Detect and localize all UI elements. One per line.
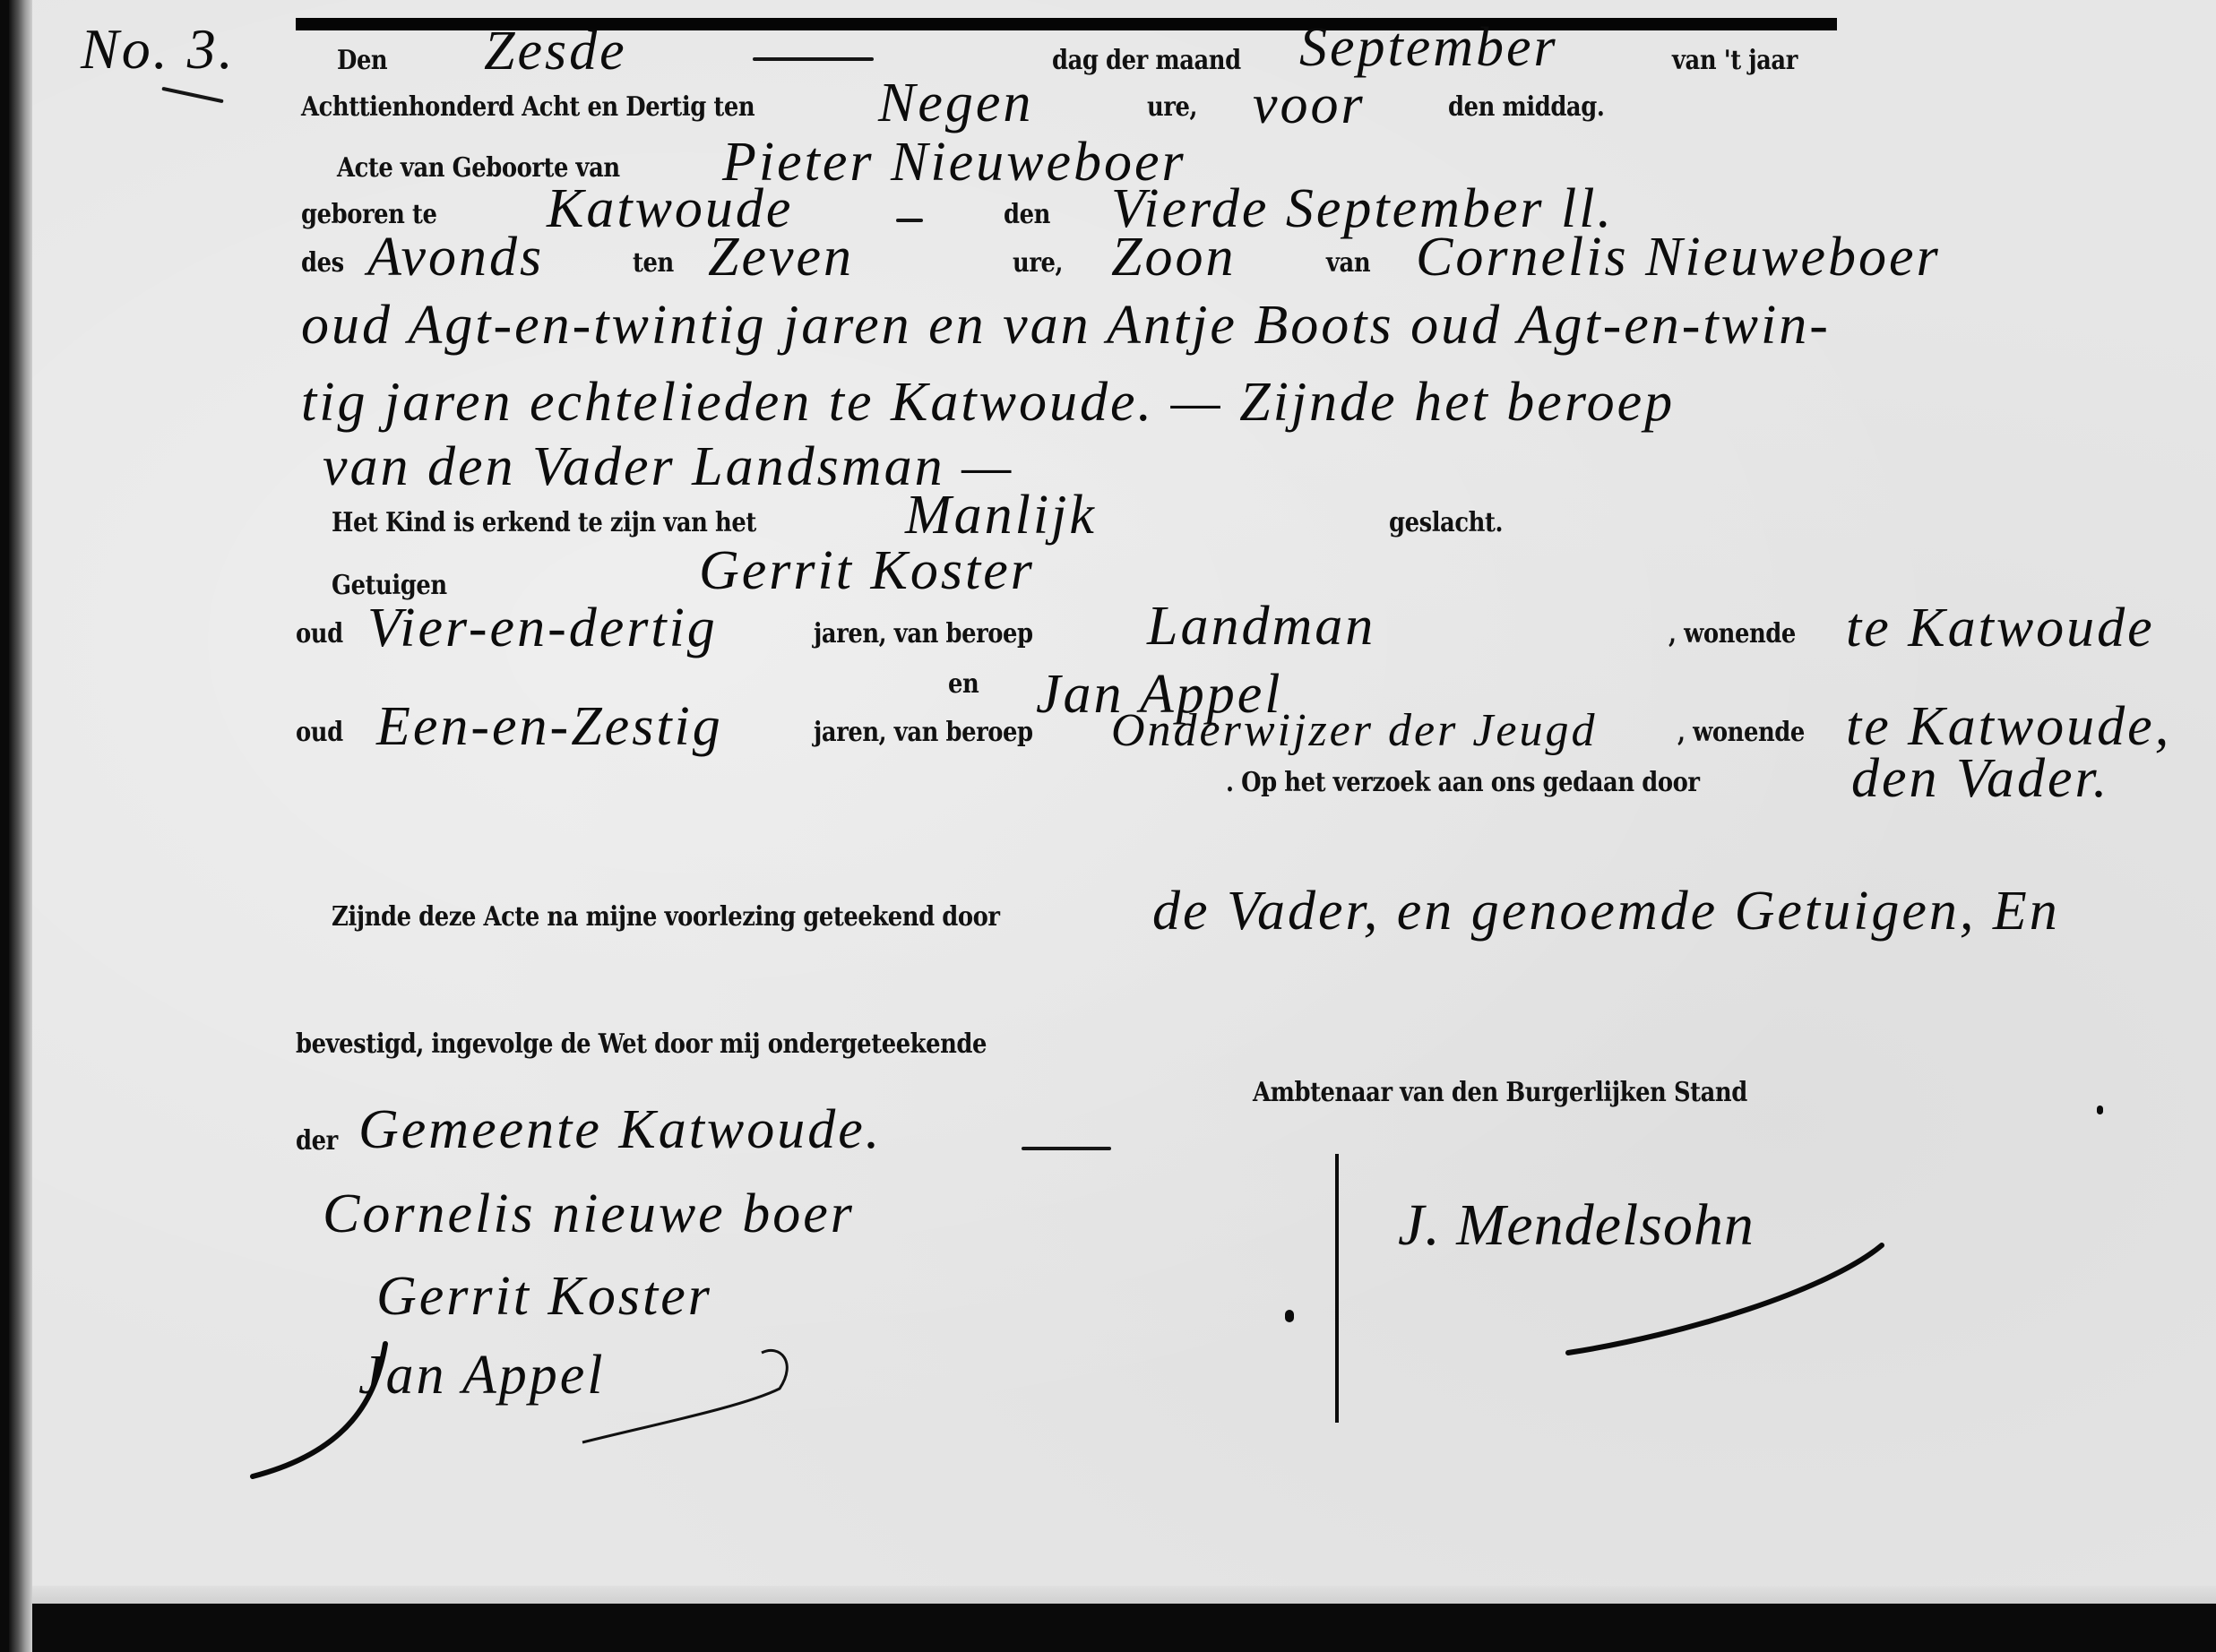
printed-oud-1: oud [296,618,343,650]
ink-dot [1285,1310,1294,1322]
handwritten-municipality: Gemeente Katwoude. [358,1098,882,1162]
signature-flourish-icon [242,1326,851,1505]
handwritten-witness1-age: Vier-en-dertig [367,597,718,660]
record-number: No. 3. [81,16,236,82]
printed-op-het-verzoek: . Op het verzoek aan ons gedaan door [1226,767,1700,798]
handwritten-parents-line-1: oud Agt-en-twintig jaren en van Antje Bo… [301,294,1831,357]
handwritten-witness1-occupation: Landman [1147,595,1375,658]
book-binding-edge [9,0,32,1652]
signature-witness-1: Gerrit Koster [376,1265,712,1329]
handwritten-father: Cornelis Nieuweboer [1416,226,1941,289]
printed-ure: ure, [1147,91,1197,123]
handwritten-sex: Manlijk [905,484,1097,547]
printed-year: Achttienhonderd Acht en Dertig ten [301,91,754,123]
printed-en: en [948,668,979,700]
printed-den-2: den [1004,199,1050,230]
handwritten-month: September [1299,16,1558,80]
page-bottom-edge [32,1586,2216,1604]
printed-jaren-beroep-2: jaren, van beroep [814,717,1033,748]
handwritten-witness2-occupation: Onderwijzer der Jeugd [1111,704,1597,757]
printed-kind-erkend: Het Kind is erkend te zijn van het [332,507,756,538]
printed-des: des [301,247,344,279]
printed-wonende-1: , wonende [1668,618,1796,650]
signature-father: Cornelis nieuwe boer [323,1183,855,1246]
printed-geslacht: geslacht. [1389,507,1503,538]
handwritten-time-of-day: Avonds [367,226,544,289]
printed-den: Den [337,45,387,76]
printed-ure-2: ure, [1013,247,1063,279]
printed-zijnde-deze-acte: Zijnde deze Acte na mijne voorlezing get… [332,901,1000,933]
printed-der: der [296,1125,338,1157]
handwritten-witness2-age: Een-en-Zestig [376,695,723,759]
handwritten-parents-line-2: tig jaren echtelieden te Katwoude. — Zij… [301,371,1675,435]
printed-jaren-beroep-1: jaren, van beroep [814,618,1033,650]
handwritten-birth-hour: Zeven [708,226,854,289]
handwritten-witness1-residence: te Katwoude [1846,597,2155,660]
printed-ten: ten [633,247,674,279]
ink-dot [2097,1106,2103,1114]
fill-dash [896,219,923,222]
handwritten-signed-by: de Vader, en genoemde Getuigen, En [1152,880,2060,943]
handwritten-relation: Zoon [1111,226,1236,289]
printed-ambtenaar: Ambtenaar van den Burgerlijken Stand [1253,1077,1747,1108]
printed-bevestigd: bevestigd, ingevolge de Wet door mij ond… [296,1028,987,1060]
printed-den-middag: den middag. [1448,91,1604,123]
handwritten-voor: voor [1253,73,1366,137]
printed-van: van [1326,247,1370,279]
printed-van-t-jaar: van 't jaar [1672,45,1798,76]
fill-dash [753,57,874,61]
printed-dag-der-maand: dag der maand [1052,45,1241,76]
handwritten-witness1-name: Gerrit Koster [699,539,1035,603]
handwritten-day: Zesde [484,20,627,83]
signature-brace [1335,1154,1339,1423]
official-signature-flourish-icon [1559,1236,1918,1380]
fill-dash [1022,1147,1111,1150]
printed-oud-2: oud [296,717,343,748]
handwritten-hour: Negen [878,72,1033,135]
printed-wonende-2: , wonende [1677,717,1805,748]
handwritten-requested-by: den Vader. [1851,747,2109,811]
